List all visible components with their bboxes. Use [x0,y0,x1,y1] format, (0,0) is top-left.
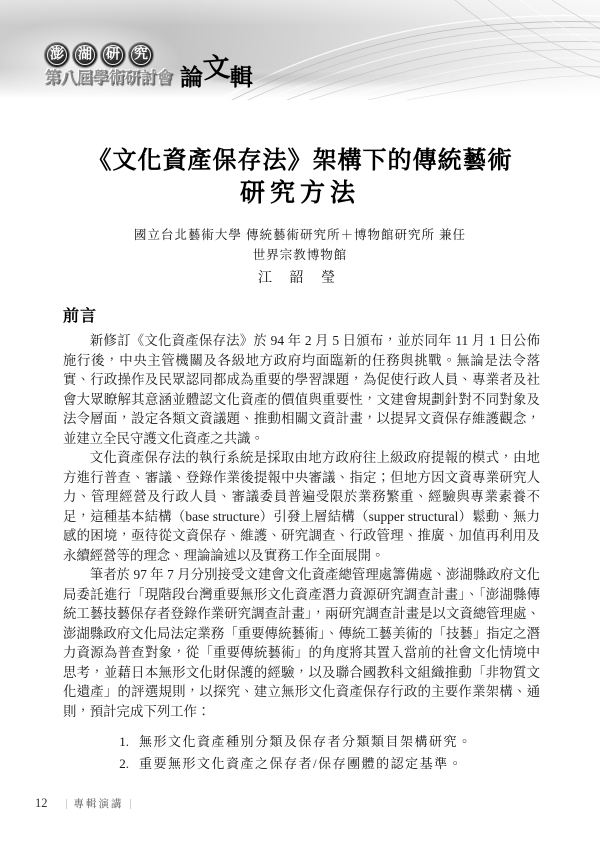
numbered-list: 1. 無形文化資產種別分類及保存者分類類目架構研究。 2. 重要無形文化資產之保… [113,731,540,775]
proceedings-title: 論 文 輯 [180,62,253,89]
section-heading: 前言 [63,303,540,326]
paper-body: 前言 新修訂《文化資產保存法》於 94 年 2 月 5 日頒布，並於同年 11 … [63,303,540,775]
body-paragraph: 文化資產保存法的執行系統是採取由地方政府往上級政府提報的模式，由地方進行普查、審… [63,448,540,565]
author-name: 江 韶 瑩 [0,267,600,291]
scanned-paper-page: 澎 湖 研 究 第八屆學術研討會 論 文 輯 《文化資產保存法》架構下的傳統藝術… [0,0,600,842]
conference-banner-line: 第八屆學術研討會 論 文 輯 [45,62,253,89]
footer-separator: ｜ [62,796,72,811]
conference-title: 第八屆學術研討會 [45,69,173,89]
list-item-number: 2. [113,753,129,775]
list-item-text: 重要無形文化資產之保存者/保存團體的認定基準。 [139,753,463,775]
logo-seal-char: 究 [134,49,148,63]
proceedings-char: 輯 [230,66,253,89]
list-item: 1. 無形文化資產種別分類及保存者分類類目架構研究。 [113,731,540,753]
page-header-banner: 澎 湖 研 究 第八屆學術研討會 論 文 輯 [0,0,600,100]
proceedings-char: 論 [180,66,203,89]
logo-seal-char: 研 [106,49,120,63]
body-paragraph: 新修訂《文化資產保存法》於 94 年 2 月 5 日頒布，並於同年 11 月 1… [63,331,540,448]
author-affiliation-2: 世界宗教博物館 [0,245,600,265]
author-block: 國立台北藝術大學 傳統藝術研究所＋博物館研究所 兼任 世界宗教博物館 江 韶 瑩 [0,225,600,291]
logo-seal-char: 湖 [78,49,92,63]
paper-title-line1: 《文化資產保存法》架構下的傳統藝術 [0,144,600,178]
list-item: 2. 重要無形文化資產之保存者/保存團體的認定基準。 [113,753,540,775]
proceedings-char: 文 [202,54,231,83]
footer-section-label: 專輯演講 [74,796,124,811]
list-item-text: 無形文化資產種別分類及保存者分類類目架構研究。 [139,731,473,753]
page-footer: 12 ｜ 專輯演講 ｜ [35,796,136,811]
logo-seal-char: 澎 [50,49,64,63]
paper-title-block: 《文化資產保存法》架構下的傳統藝術 研究方法 [0,144,600,210]
paper-title-line2: 研究方法 [0,178,600,210]
list-item-number: 1. [113,731,129,753]
body-paragraph: 筆者於 97 年 7 月分別接受文建會文化資產總管理處籌備處、澎湖縣政府文化局委… [63,565,540,721]
footer-separator: ｜ [126,796,136,811]
author-affiliation-1: 國立台北藝術大學 傳統藝術研究所＋博物館研究所 兼任 [0,225,600,245]
page-number: 12 [35,796,48,811]
